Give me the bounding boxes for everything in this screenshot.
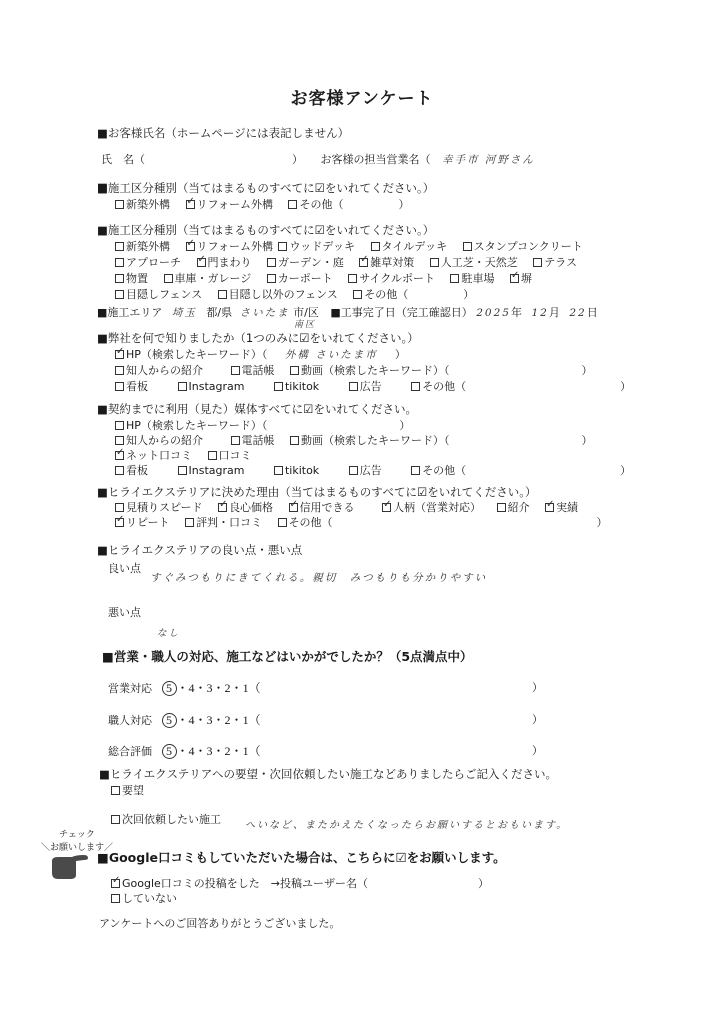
option-estimate-speed[interactable]: 見積りスピード xyxy=(115,499,203,515)
hp-label: HP（検索したキーワード）（ ） xyxy=(126,419,410,432)
how-known-row-3: 看板 Instagram tikitok 広告 その他（ ） xyxy=(115,378,643,394)
ratings-heading: 営業・職人の対応、施工などはいかがでしたか？（5点満点中） xyxy=(102,647,473,665)
checkbox[interactable] xyxy=(278,242,287,251)
option-ad[interactable]: 広告 xyxy=(349,462,382,478)
how-known-hp: HP（検索したキーワード）（ 外構 さいたま市） xyxy=(115,346,406,362)
option-label: アプローチ xyxy=(126,256,181,269)
option-label: 次回依頼したい施工 xyxy=(122,813,221,826)
checkbox[interactable] xyxy=(274,466,283,475)
score-3[interactable]: 3 xyxy=(207,744,213,758)
option-referral[interactable]: 知人からの紹介 xyxy=(115,432,203,448)
reasons-row-2: リピート 評判・口コミ その他（ ） xyxy=(115,514,620,530)
checkbox[interactable] xyxy=(115,466,124,475)
work-type-1-heading: 施工区分種別（当てはまるものすべてに☑をいれてください。） xyxy=(97,180,434,196)
checkbox[interactable] xyxy=(115,290,124,299)
score-5-selected[interactable]: 5 xyxy=(162,681,177,696)
option-weed-control[interactable]: 雑草対策 xyxy=(359,254,414,270)
google-posted-option[interactable]: Google口コミの投稿をした →投稿ユーザー名（ ） xyxy=(111,875,489,891)
checkbox[interactable] xyxy=(353,290,362,299)
checkbox[interactable] xyxy=(533,258,542,267)
checkbox[interactable] xyxy=(185,518,194,527)
option-gate[interactable]: 門まわり xyxy=(197,254,252,270)
checkbox-checked[interactable] xyxy=(289,503,298,512)
option-label: Instagram xyxy=(189,380,245,393)
bad-label: 悪い点 xyxy=(108,604,141,620)
bad-field[interactable]: なし xyxy=(157,625,180,639)
option-tiktok[interactable]: tikitok xyxy=(274,464,319,477)
option-label: 信用できる xyxy=(300,501,355,514)
how-known-heading: 弊社を何で知りましたか（1つのみに☑をいれてください。） xyxy=(97,330,419,346)
option-label: ガーデン・庭 xyxy=(278,256,344,269)
checkbox[interactable] xyxy=(111,786,120,795)
rating-scale[interactable]: 5・4・3・2・1（ xyxy=(162,744,261,758)
option-label: 物置 xyxy=(126,272,148,285)
option-label: 広告 xyxy=(360,464,382,477)
checkbox-checked[interactable] xyxy=(218,503,227,512)
wish-option[interactable]: 要望 xyxy=(111,782,144,798)
how-known-row-2: 知人からの紹介 電話帳 動画（検索したキーワード）（ ） xyxy=(115,362,605,378)
customer-name-section: お客様氏名（ホームページには表記しません） xyxy=(97,125,349,141)
option-phonebook[interactable]: 電話帳 xyxy=(231,432,275,448)
city-field[interactable]: さいたま xyxy=(240,307,290,319)
work-type-2-row-2: アプローチ 門まわり ガーデン・庭 雑草対策 人工芝・天然芝 テラス xyxy=(115,254,589,270)
option-turf[interactable]: 人工芝・天然芝 xyxy=(430,254,518,270)
checkbox-checked[interactable] xyxy=(197,258,206,267)
option-signboard[interactable]: 看板 xyxy=(115,462,148,478)
option-label: 目隠し以外のフェンス xyxy=(229,288,338,301)
option-label: 人工芝・天然芝 xyxy=(441,256,518,269)
work-type-2-row-3: 物置 車庫・ガレージ カーポート サイクルポート 駐車場 塀 xyxy=(115,270,544,286)
option-label: サイクルポート xyxy=(359,272,435,285)
day-field[interactable]: 22 xyxy=(569,307,586,319)
option-label: ウッドデッキ xyxy=(289,240,355,253)
checkbox[interactable] xyxy=(463,242,472,251)
rep-label: お客様の担当営業名（ xyxy=(321,153,431,166)
option-label: 評判・口コミ xyxy=(196,516,262,529)
name-close: ） xyxy=(292,153,303,166)
rating-label: 職人対応 xyxy=(108,714,152,727)
option-carport[interactable]: カーポート xyxy=(267,270,333,286)
option-other[interactable]: その他（ ） xyxy=(288,196,409,212)
option-label: タイルデッキ xyxy=(382,240,448,253)
score-1[interactable]: 1 xyxy=(243,713,249,727)
option-referral[interactable]: 紹介 xyxy=(497,499,530,515)
month-suffix: 月 xyxy=(549,306,560,319)
option-cycleport[interactable]: サイクルポート xyxy=(348,270,435,286)
option-label: 良心価格 xyxy=(229,501,273,514)
checkbox-checked[interactable] xyxy=(186,242,195,251)
checkbox[interactable] xyxy=(115,200,124,209)
next-work-field[interactable]: へいなど、またかえたくなったらお願いするとおもいます。 xyxy=(245,816,568,831)
area-label: 施工エリア xyxy=(97,306,162,319)
reasons-row-1: 見積りスピード 良心価格 信用できる 人柄（営業対応） 紹介 実績 xyxy=(115,499,590,515)
option-label: その他（ ） xyxy=(299,198,409,211)
requests-heading: ヒライエクステリアへの要望・次回依頼したい施工などありましたらご記入ください。 xyxy=(99,766,557,782)
year-suffix: 年 xyxy=(511,306,522,319)
option-tiktok[interactable]: tikitok xyxy=(274,380,319,393)
good-label: 良い点 xyxy=(108,560,141,576)
good-field[interactable]: すぐみつもりにきてくれる。親切 みつもりも分かりやすい xyxy=(150,570,487,585)
option-track-record[interactable]: 実績 xyxy=(545,499,578,515)
option-other[interactable]: その他（ ） xyxy=(278,514,608,530)
option-label: その他（ ） xyxy=(422,464,631,477)
pointing-hand-icon xyxy=(50,851,90,881)
option-approach[interactable]: アプローチ xyxy=(115,254,181,270)
hp-label: HP（検索したキーワード）（ xyxy=(126,348,267,361)
option-label: リフォーム外構 xyxy=(197,198,273,211)
media-row-2: 知人からの紹介 電話帳 動画（検索したキーワード）（ ） xyxy=(115,432,605,448)
checkbox[interactable] xyxy=(231,436,240,445)
checkbox[interactable] xyxy=(348,274,357,283)
score-4[interactable]: 4 xyxy=(189,713,195,727)
checkbox[interactable] xyxy=(278,518,287,527)
thanks-message: アンケートへのご回答ありがとうございました。 xyxy=(99,915,340,931)
media-row-3: ネット口コミ 口コミ xyxy=(115,447,264,463)
option-label: その他（ ） xyxy=(422,380,631,393)
name-row: 氏 名（ ） お客様の担当営業名（ 幸手市 河野さん xyxy=(101,151,535,167)
checkbox-checked[interactable] xyxy=(111,879,120,888)
checkbox[interactable] xyxy=(349,382,358,391)
checkbox[interactable] xyxy=(164,274,173,283)
score-4[interactable]: 4 xyxy=(189,744,195,758)
option-label: 門まわり xyxy=(208,256,252,269)
option-other[interactable]: その他（ ） xyxy=(411,462,631,478)
checkbox[interactable] xyxy=(218,290,227,299)
completion-label: 工事完了日（完工確認日） xyxy=(330,306,472,319)
rating-scale[interactable]: 5・4・3・2・1（ xyxy=(162,713,261,727)
checkbox[interactable] xyxy=(115,421,124,430)
score-2[interactable]: 2 xyxy=(225,744,231,758)
option-ad[interactable]: 広告 xyxy=(349,378,382,394)
option-storage[interactable]: 物置 xyxy=(115,270,148,286)
checkbox[interactable] xyxy=(208,451,217,460)
checkbox[interactable] xyxy=(115,366,124,375)
option-parking[interactable]: 駐車場 xyxy=(450,270,494,286)
option-other[interactable]: その他（ ） xyxy=(411,378,631,394)
option-label: 知人からの紹介 xyxy=(126,434,203,447)
page-title: お客様アンケート xyxy=(0,84,724,109)
name-label: 氏 名（ xyxy=(101,153,145,166)
option-garage[interactable]: 車庫・ガレージ xyxy=(164,270,252,286)
prefecture-suffix: 都/県 xyxy=(206,306,232,319)
rating-overall: 総合評価 5・4・3・2・1（ ） xyxy=(108,742,548,759)
media-used-heading: 契約までに利用（見た）媒体すべてに☑をいれてください。 xyxy=(97,401,417,417)
option-stamp-concrete[interactable]: スタンプコンクリート xyxy=(463,238,583,254)
good-bad-heading: ヒライエクステリアの良い点・悪い点 xyxy=(97,542,302,558)
checkbox[interactable] xyxy=(111,815,120,824)
google-heading: Google口コミもしていただいた場合は、こちらに☑をお願いします。 xyxy=(97,848,506,866)
checkbox[interactable] xyxy=(371,242,380,251)
checkbox-checked[interactable] xyxy=(510,274,519,283)
option-referral[interactable]: 知人からの紹介 xyxy=(115,362,203,378)
rating-sales: 営業対応 5・4・3・2・1（ ） xyxy=(108,679,548,696)
option-new-exterior[interactable]: 新築外構 xyxy=(115,238,170,254)
option-label: 新築外構 xyxy=(126,198,170,211)
rep-field[interactable]: 幸手市 河野さん xyxy=(442,154,535,166)
option-wood-deck[interactable]: ウッドデッキ xyxy=(278,238,355,254)
option-label: 看板 xyxy=(126,380,148,393)
checkbox[interactable] xyxy=(115,258,124,267)
checkbox-checked[interactable] xyxy=(382,503,391,512)
option-repeat[interactable]: リピート xyxy=(115,514,170,530)
checkbox[interactable] xyxy=(290,366,299,375)
option-label: tikitok xyxy=(285,380,319,393)
score-1[interactable]: 1 xyxy=(243,744,249,758)
checkbox[interactable] xyxy=(115,274,124,283)
checkbox[interactable] xyxy=(115,382,124,391)
option-other[interactable]: その他（ ） xyxy=(353,286,474,302)
score-2[interactable]: 2 xyxy=(225,681,231,695)
option-label: 動画（検索したキーワード）（ ） xyxy=(301,364,593,377)
option-label: 実績 xyxy=(556,501,578,514)
next-work-option[interactable]: 次回依頼したい施工 xyxy=(111,811,221,827)
score-1[interactable]: 1 xyxy=(243,681,249,695)
option-other-fence[interactable]: 目隠し以外のフェンス xyxy=(218,286,338,302)
checkbox[interactable] xyxy=(450,274,459,283)
checkbox-checked[interactable] xyxy=(115,451,124,460)
checkbox-checked[interactable] xyxy=(359,258,368,267)
year-field[interactable]: 2025 xyxy=(476,307,511,319)
option-video[interactable]: 動画（検索したキーワード）（ ） xyxy=(290,362,593,378)
reasons-heading: ヒライエクステリアに決めた理由（当てはまるものすべてに☑をいれてください。） xyxy=(97,484,537,500)
score-3[interactable]: 3 xyxy=(207,681,213,695)
checkbox[interactable] xyxy=(411,382,420,391)
option-label: Instagram xyxy=(189,464,245,477)
paren-close: ） xyxy=(532,742,543,758)
option-label: 人柄（営業対応） xyxy=(393,501,481,514)
checkbox[interactable] xyxy=(290,436,299,445)
option-label: 動画（検索したキーワード）（ ） xyxy=(301,434,593,447)
checkbox-checked[interactable] xyxy=(115,518,124,527)
option-fair-price[interactable]: 良心価格 xyxy=(218,499,273,515)
ward-field[interactable]: 南区 xyxy=(294,317,316,330)
work-type-2-row-1: 新築外構 リフォーム外構 ウッドデッキ タイルデッキ スタンプコンクリート xyxy=(115,238,595,254)
option-video[interactable]: 動画（検索したキーワード）（ ） xyxy=(290,432,593,448)
checkbox[interactable] xyxy=(274,382,283,391)
checkbox[interactable] xyxy=(111,894,120,903)
checkbox[interactable] xyxy=(349,466,358,475)
hp-keyword-field[interactable]: 外構 さいたま市 xyxy=(285,347,395,362)
option-label: 紹介 xyxy=(508,501,530,514)
prefecture-field[interactable]: 埼玉 xyxy=(172,307,197,319)
option-label: 電話帳 xyxy=(242,434,275,447)
media-row-4: 看板 Instagram tikitok 広告 その他（ ） xyxy=(115,462,643,478)
option-tile-deck[interactable]: タイルデッキ xyxy=(371,238,448,254)
score-5-selected[interactable]: 5 xyxy=(162,744,177,759)
checkbox[interactable] xyxy=(430,258,439,267)
rating-label: 総合評価 xyxy=(108,745,152,758)
option-label: リフォーム外構 xyxy=(197,240,273,253)
option-instagram[interactable]: Instagram xyxy=(178,464,245,477)
score-2[interactable]: 2 xyxy=(225,713,231,727)
option-label: カーポート xyxy=(278,272,333,285)
option-label: リピート xyxy=(126,516,170,529)
checkbox-checked[interactable] xyxy=(186,200,195,209)
option-signboard[interactable]: 看板 xyxy=(115,378,148,394)
google-not-posted-option[interactable]: していない xyxy=(111,890,177,906)
option-label: 電話帳 xyxy=(242,364,275,377)
checkbox[interactable] xyxy=(231,366,240,375)
checkbox[interactable] xyxy=(115,436,124,445)
option-label: 口コミ xyxy=(219,449,252,462)
option-label: スタンプコンクリート xyxy=(474,240,583,253)
option-net-review[interactable]: ネット口コミ xyxy=(115,447,192,463)
option-label: 車庫・ガレージ xyxy=(175,272,252,285)
option-label: その他（ ） xyxy=(289,516,608,529)
option-label: していない xyxy=(122,892,177,905)
option-label: 駐車場 xyxy=(461,272,494,285)
rating-scale[interactable]: 5・4・3・2・1（ xyxy=(162,681,261,695)
rating-craftsman: 職人対応 5・4・3・2・1（ ） xyxy=(108,711,548,728)
option-label: その他（ ） xyxy=(364,288,474,301)
option-reform-exterior[interactable]: リフォーム外構 xyxy=(186,238,273,254)
option-terrace[interactable]: テラス xyxy=(533,254,577,270)
option-label: Google口コミの投稿をした →投稿ユーザー名（ ） xyxy=(122,877,489,890)
paren-close: ） xyxy=(532,679,543,695)
media-hp[interactable]: HP（検索したキーワード）（ ） xyxy=(115,417,410,433)
work-type-1-options: 新築外構 リフォーム外構 その他（ ） xyxy=(115,196,421,212)
option-label: 要望 xyxy=(122,784,144,797)
checkbox[interactable] xyxy=(178,466,187,475)
score-4[interactable]: 4 xyxy=(189,681,195,695)
work-type-2-heading: 施工区分種別（当てはまるものすべてに☑をいれてください。） xyxy=(97,222,434,238)
option-label: 塀 xyxy=(521,272,532,285)
check-note-top: チェック xyxy=(32,827,122,840)
option-phonebook[interactable]: 電話帳 xyxy=(231,362,275,378)
checkbox[interactable] xyxy=(288,200,297,209)
option-reputation[interactable]: 評判・口コミ xyxy=(185,514,262,530)
option-personality[interactable]: 人柄（営業対応） xyxy=(382,499,481,515)
option-label: 雑草対策 xyxy=(370,256,414,269)
option-label: テラス xyxy=(544,256,577,269)
checkbox[interactable] xyxy=(267,258,276,267)
checkbox-checked[interactable] xyxy=(115,350,124,359)
option-label: ネット口コミ xyxy=(126,449,192,462)
checkbox[interactable] xyxy=(178,382,187,391)
option-new-exterior[interactable]: 新築外構 xyxy=(115,196,170,212)
score-5-selected[interactable]: 5 xyxy=(162,713,177,728)
checkbox-checked[interactable] xyxy=(545,503,554,512)
checkbox[interactable] xyxy=(411,466,420,475)
paren-close: ） xyxy=(532,711,543,727)
rating-label: 営業対応 xyxy=(108,682,152,695)
score-3[interactable]: 3 xyxy=(207,713,213,727)
area-row: 施工エリア 埼玉 都/県 さいたま 市/区 工事完了日（完工確認日） 2025年… xyxy=(97,304,598,320)
option-reform-exterior[interactable]: リフォーム外構 xyxy=(186,196,273,212)
option-privacy-fence[interactable]: 目隠しフェンス xyxy=(115,286,202,302)
option-garden[interactable]: ガーデン・庭 xyxy=(267,254,344,270)
work-type-2-row-4: 目隠しフェンス 目隠し以外のフェンス その他（ ） xyxy=(115,286,486,302)
option-label: 見積りスピード xyxy=(126,501,203,514)
option-label: 知人からの紹介 xyxy=(126,364,203,377)
option-label: 目隠しフェンス xyxy=(126,288,202,301)
checkbox[interactable] xyxy=(497,503,506,512)
checkbox[interactable] xyxy=(115,242,124,251)
checkbox[interactable] xyxy=(115,503,124,512)
option-label: 広告 xyxy=(360,380,382,393)
option-label: 新築外構 xyxy=(126,240,170,253)
checkbox[interactable] xyxy=(267,274,276,283)
option-label: tikitok xyxy=(285,464,319,477)
month-field[interactable]: 12 xyxy=(531,307,548,319)
option-instagram[interactable]: Instagram xyxy=(178,380,245,393)
day-suffix: 日 xyxy=(587,306,598,319)
option-trustworthy[interactable]: 信用できる xyxy=(289,499,355,515)
option-label: 看板 xyxy=(126,464,148,477)
option-word-of-mouth[interactable]: 口コミ xyxy=(208,447,252,463)
option-wall[interactable]: 塀 xyxy=(510,270,532,286)
